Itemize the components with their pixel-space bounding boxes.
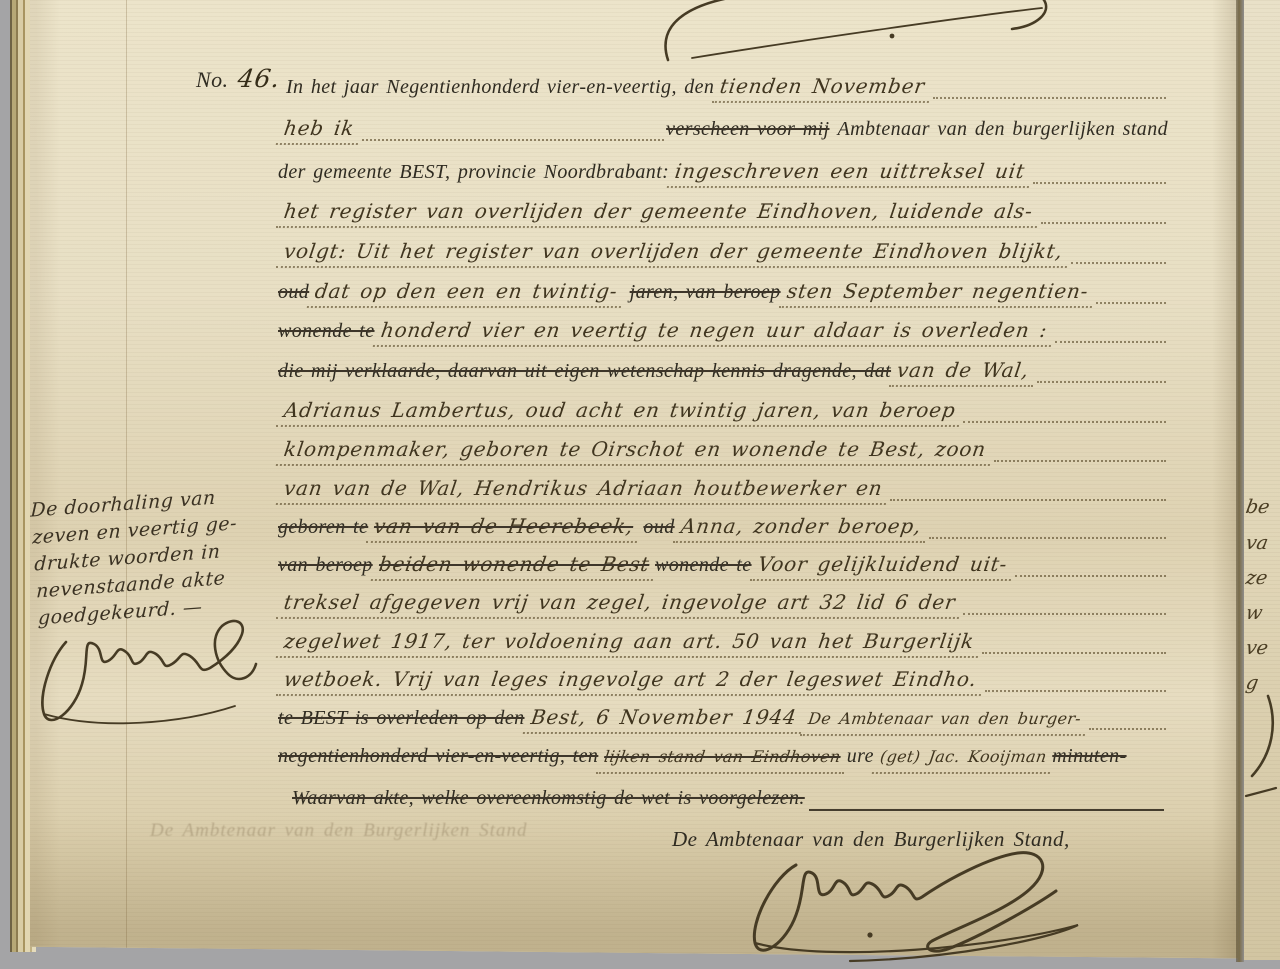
body-line: van van de Wal, Hendrikus Adriaan houtbe… — [278, 473, 1168, 505]
dotted-fill — [1089, 702, 1166, 730]
neighbor-page: be va ze w ve g — [1244, 0, 1280, 960]
handwritten-segment-struck: van van de Heerebeek, — [366, 511, 642, 543]
handwritten-segment: het register van overlijden der gemeente… — [276, 196, 1041, 228]
handwritten-segment: Adrianus Lambertus, oud acht en twintig … — [276, 395, 964, 427]
handwritten-segment: De Ambtenaar van den burger- — [800, 704, 1089, 736]
handwritten-segment: honderd vier en veertig te negen uur ald… — [372, 315, 1055, 347]
dotted-fill — [1096, 276, 1166, 304]
handwritten-segment: Anna, zonder beroep, — [672, 511, 929, 543]
show-through-text: De Ambtenaar van den Burgerlijken Stand — [150, 820, 630, 842]
printed-segment: Ambtenaar van den burgerlijken stand — [838, 114, 1169, 144]
body-line: treksel afgegeven vrij van zegel, ingevo… — [278, 587, 1168, 619]
handwritten-segment-struck: beiden wonende te Best — [370, 549, 657, 581]
act-number: No. 46. — [196, 64, 287, 93]
body-line: In het jaar Negentienhonderd vier-en-vee… — [278, 71, 1168, 103]
printed-segment-struck: oud — [278, 277, 309, 307]
top-signature-flourish — [640, 0, 1070, 64]
neighbor-text-fragment: va — [1244, 532, 1270, 554]
handwritten-segment: Best, 6 November 1944 — [522, 702, 804, 734]
dotted-fill — [933, 71, 1166, 99]
margin-rule-line — [126, 0, 127, 952]
handwritten-segment: volgt: Uit het register van overlijden d… — [276, 236, 1071, 268]
page-gutter — [1236, 0, 1244, 962]
body-line: te BEST is overleden op den Best, 6 Nove… — [278, 702, 1168, 734]
dotted-fill — [963, 587, 1166, 615]
dotted-fill — [1033, 156, 1166, 184]
dotted-fill — [1055, 315, 1166, 343]
body-line: heb ik verscheen voor mij Ambtenaar van … — [278, 113, 1168, 145]
body-line: negentienhonderd vier-en-veertig, ten li… — [278, 741, 1168, 773]
handwritten-segment: Voor gelijkluidend uit- — [749, 549, 1015, 581]
handwritten-segment: wetboek. Vrij van leges ingevolge art 2 … — [276, 664, 985, 696]
body-line: oud dat op den een en twintig- jaren, va… — [278, 276, 1168, 308]
dotted-fill — [1071, 236, 1166, 264]
solid-rule-fill — [809, 783, 1164, 811]
neighbor-signature-fragment — [1244, 696, 1280, 806]
handwritten-segment: dat op den een en twintig- — [307, 276, 626, 308]
neighbor-text-fragment: be — [1244, 496, 1271, 518]
printed-segment-struck: van beroep — [278, 550, 373, 580]
printed-segment-struck: wonende te — [655, 550, 752, 580]
dotted-fill — [929, 511, 1166, 539]
body-line: zegelwet 1917, ter voldoening aan art. 5… — [278, 626, 1168, 658]
printed-segment-struck: oud — [643, 512, 674, 542]
dotted-fill — [1041, 196, 1166, 224]
dotted-fill — [982, 626, 1166, 654]
body-line: die mij verklaarde, daarvan uit eigen we… — [278, 355, 1168, 387]
handwritten-segment: van van de Wal, Hendrikus Adriaan houtbe… — [276, 473, 891, 505]
body-line: Waarvan akte, welke overeenkomstig de we… — [278, 783, 1168, 815]
official-signature — [700, 843, 1130, 965]
body-line: het register van overlijden der gemeente… — [278, 196, 1168, 228]
body-line: van beroep beiden wonende te Best wonend… — [278, 549, 1168, 581]
dotted-fill — [994, 434, 1166, 462]
dotted-fill — [963, 395, 1166, 423]
printed-segment-struck: jaren, van beroep — [630, 277, 781, 307]
printed-segment: ure — [847, 741, 874, 771]
printed-segment-struck: wonende te — [278, 316, 375, 346]
handwritten-segment: zegelwet 1917, ter voldoening aan art. 5… — [276, 626, 983, 658]
scanner-background: No. 46. In het jaar Negentienhonderd vie… — [0, 0, 1280, 969]
handwritten-segment: sten September negentien- — [778, 276, 1096, 308]
printed-segment-struck: Waarvan akte, welke overeenkomstig de we… — [292, 783, 805, 813]
body-line: volgt: Uit het register van overlijden d… — [278, 236, 1168, 268]
body-line: geboren te van van de Heerebeek, oud Ann… — [278, 511, 1168, 543]
scanned-ledger-photo: { "colors": { "scanner_background": "#a4… — [0, 0, 1280, 969]
printed-segment-struck: die mij verklaarde, daarvan uit eigen we… — [278, 356, 891, 386]
printed-segment: In het jaar Negentienhonderd vier-en-vee… — [286, 72, 714, 102]
handwritten-segment: van de Wal, — [889, 355, 1037, 387]
handwritten-segment-struck: lijken stand van Eindhoven — [596, 742, 849, 774]
printed-segment-struck: minuten- — [1052, 741, 1126, 771]
margin-signature — [30, 608, 265, 738]
neighbor-text-fragment: w — [1244, 602, 1264, 624]
dotted-fill — [1037, 355, 1166, 383]
dotted-fill — [1015, 549, 1166, 577]
handwritten-segment: treksel afgegeven vrij van zegel, ingevo… — [276, 587, 964, 619]
dotted-fill — [890, 473, 1166, 501]
act-number-label: No. — [196, 67, 228, 92]
handwritten-segment: klompenmaker, geboren te Oirschot en won… — [276, 434, 994, 466]
handwritten-segment: heb ik — [276, 113, 363, 145]
handwritten-segment: ingeschreven een uittreksel uit — [667, 156, 1033, 188]
body-line: Adrianus Lambertus, oud acht en twintig … — [278, 395, 1168, 427]
neighbor-text-fragment: g — [1244, 672, 1260, 694]
printed-segment: der gemeente BEST, provincie Noordbraban… — [278, 157, 669, 187]
neighbor-text-fragment: ve — [1244, 637, 1270, 659]
printed-segment-struck: negentienhonderd vier-en-veertig, ten — [278, 741, 598, 771]
neighbor-text-fragment: ze — [1244, 567, 1269, 589]
body-line: wonende te honderd vier en veertig te ne… — [278, 315, 1168, 347]
printed-segment-struck: te BEST is overleden op den — [278, 703, 525, 733]
body-line: wetboek. Vrij van leges ingevolge art 2 … — [278, 664, 1168, 696]
printed-segment-struck: verscheen voor mij — [666, 114, 829, 144]
dotted-fill — [985, 664, 1166, 692]
dotted-fill — [362, 113, 664, 141]
body-line: der gemeente BEST, provincie Noordbraban… — [278, 156, 1168, 188]
printed-segment-struck: geboren te — [278, 512, 368, 542]
handwritten-segment: (get) Jac. Kooijman — [872, 742, 1055, 774]
body-line: klompenmaker, geboren te Oirschot en won… — [278, 434, 1168, 466]
handwritten-segment: tienden November — [712, 71, 933, 103]
